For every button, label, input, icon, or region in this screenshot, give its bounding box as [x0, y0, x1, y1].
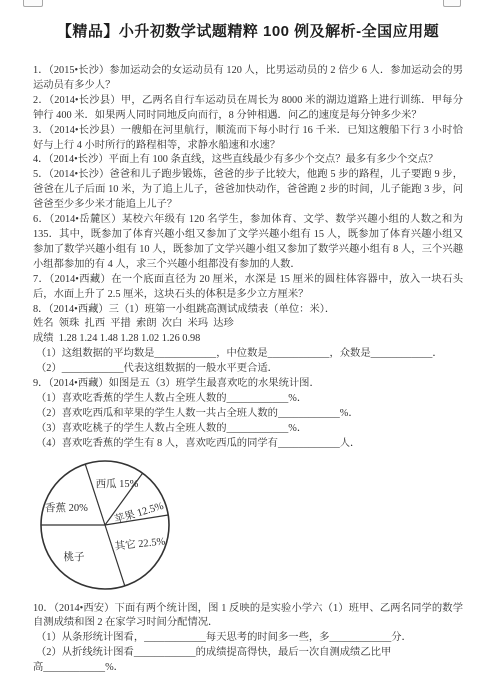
question-8: 8．（2014•西藏）三（1）班第一小组跳高测试成绩表（单位：米）．: [33, 303, 463, 318]
page-edge-artifact-right: [443, 0, 461, 7]
q9-subquestion-4: （4）喜欢吃香蕉的学生有 8 人，喜欢吃西瓜的同学有____________人．: [33, 437, 463, 452]
page-edge-artifact-left: [23, 0, 43, 7]
question-9: 9．（2014•西藏）如图是五（3）班学生最喜欢吃的水果统计图．: [33, 377, 463, 392]
question-6: 6．（2014•岳麓区）某校六年级有 120 名学生，参加体育、文学、数学兴趣小…: [33, 213, 463, 273]
pie-label-watermelon: 西瓜 15%: [96, 477, 139, 490]
question-7: 7．（2014•西藏）在一个底面直径为 20 厘米，水深是 15 厘米的圆柱体容…: [33, 273, 463, 303]
q10-subquestion-1: （1）从条形统计图看，____________每天思考的时间多一些，多_____…: [33, 631, 463, 646]
question-3: 3．（2014•长沙县）一艘船在河里航行，顺流而下每小时行 16 千米．已知这艘…: [33, 124, 463, 154]
q8-subquestion-2: （2）____________代表这组数据的一般水平更合适．: [33, 362, 463, 377]
question-10: 10．（2014•西安）下面有两个统计图，图 1 反映的是实验小学六（1）班甲、…: [33, 602, 463, 632]
q8-table-scores-row: 成绩 1.28 1.24 1.48 1.28 1.02 1.26 0.98: [33, 332, 463, 347]
page-title: 【精品】小升初数学试题精粹 100 例及解析-全国应用题: [33, 22, 463, 42]
question-1: 1．（2015•长沙）参加运动会的女运动员有 120 人，比男运动员的 2 倍少…: [33, 64, 463, 94]
pie-label-banana: 香蕉 20%: [45, 501, 88, 514]
exam-document: 【精品】小升初数学试题精粹 100 例及解析-全国应用题 1．（2015•长沙）…: [0, 0, 496, 676]
pie-chart-svg: 西瓜 15% 香蕉 20% 苹果 12.5% 其它 22.5% 桃子: [33, 459, 208, 599]
q10-subquestion-2-line1: （2）从折线统计图看____________的成绩提高得快，最后一次自测成绩乙比…: [33, 646, 463, 661]
q8-table-names-row: 姓名 领珠 扎西 平措 索朗 次白 米玛 达珍: [33, 317, 463, 332]
pie-label-peach: 桃子: [64, 550, 85, 563]
question-2: 2．（2014•长沙县）甲，乙两名自行车运动员在周长为 8000 米的湖边道路上…: [33, 94, 463, 124]
q9-subquestion-1: （1）喜欢吃香蕉的学生人数占全班人数的____________%．: [33, 392, 463, 407]
question-5: 5．（2014•长沙）爸爸和儿子跑步锻炼，爸爸的步子比较大，他跑 5 步的路程，…: [33, 168, 463, 213]
q9-subquestion-3: （3）喜欢吃桃子的学生人数占全班人数的____________%．: [33, 422, 463, 437]
q9-subquestion-2: （2）喜欢吃西瓜和苹果的学生人数一共占全班人数的____________%．: [33, 407, 463, 422]
question-4: 4．（2014•长沙）平面上有 100 条直线，这些直线最少有多少个交点？最多有…: [33, 153, 463, 168]
q8-subquestion-1: （1）这组数据的平均数是____________，中位数是___________…: [33, 347, 463, 362]
q10-subquestion-2-line2: 高____________%．: [33, 661, 463, 676]
fruit-pie-chart: 西瓜 15% 香蕉 20% 苹果 12.5% 其它 22.5% 桃子: [33, 459, 463, 599]
